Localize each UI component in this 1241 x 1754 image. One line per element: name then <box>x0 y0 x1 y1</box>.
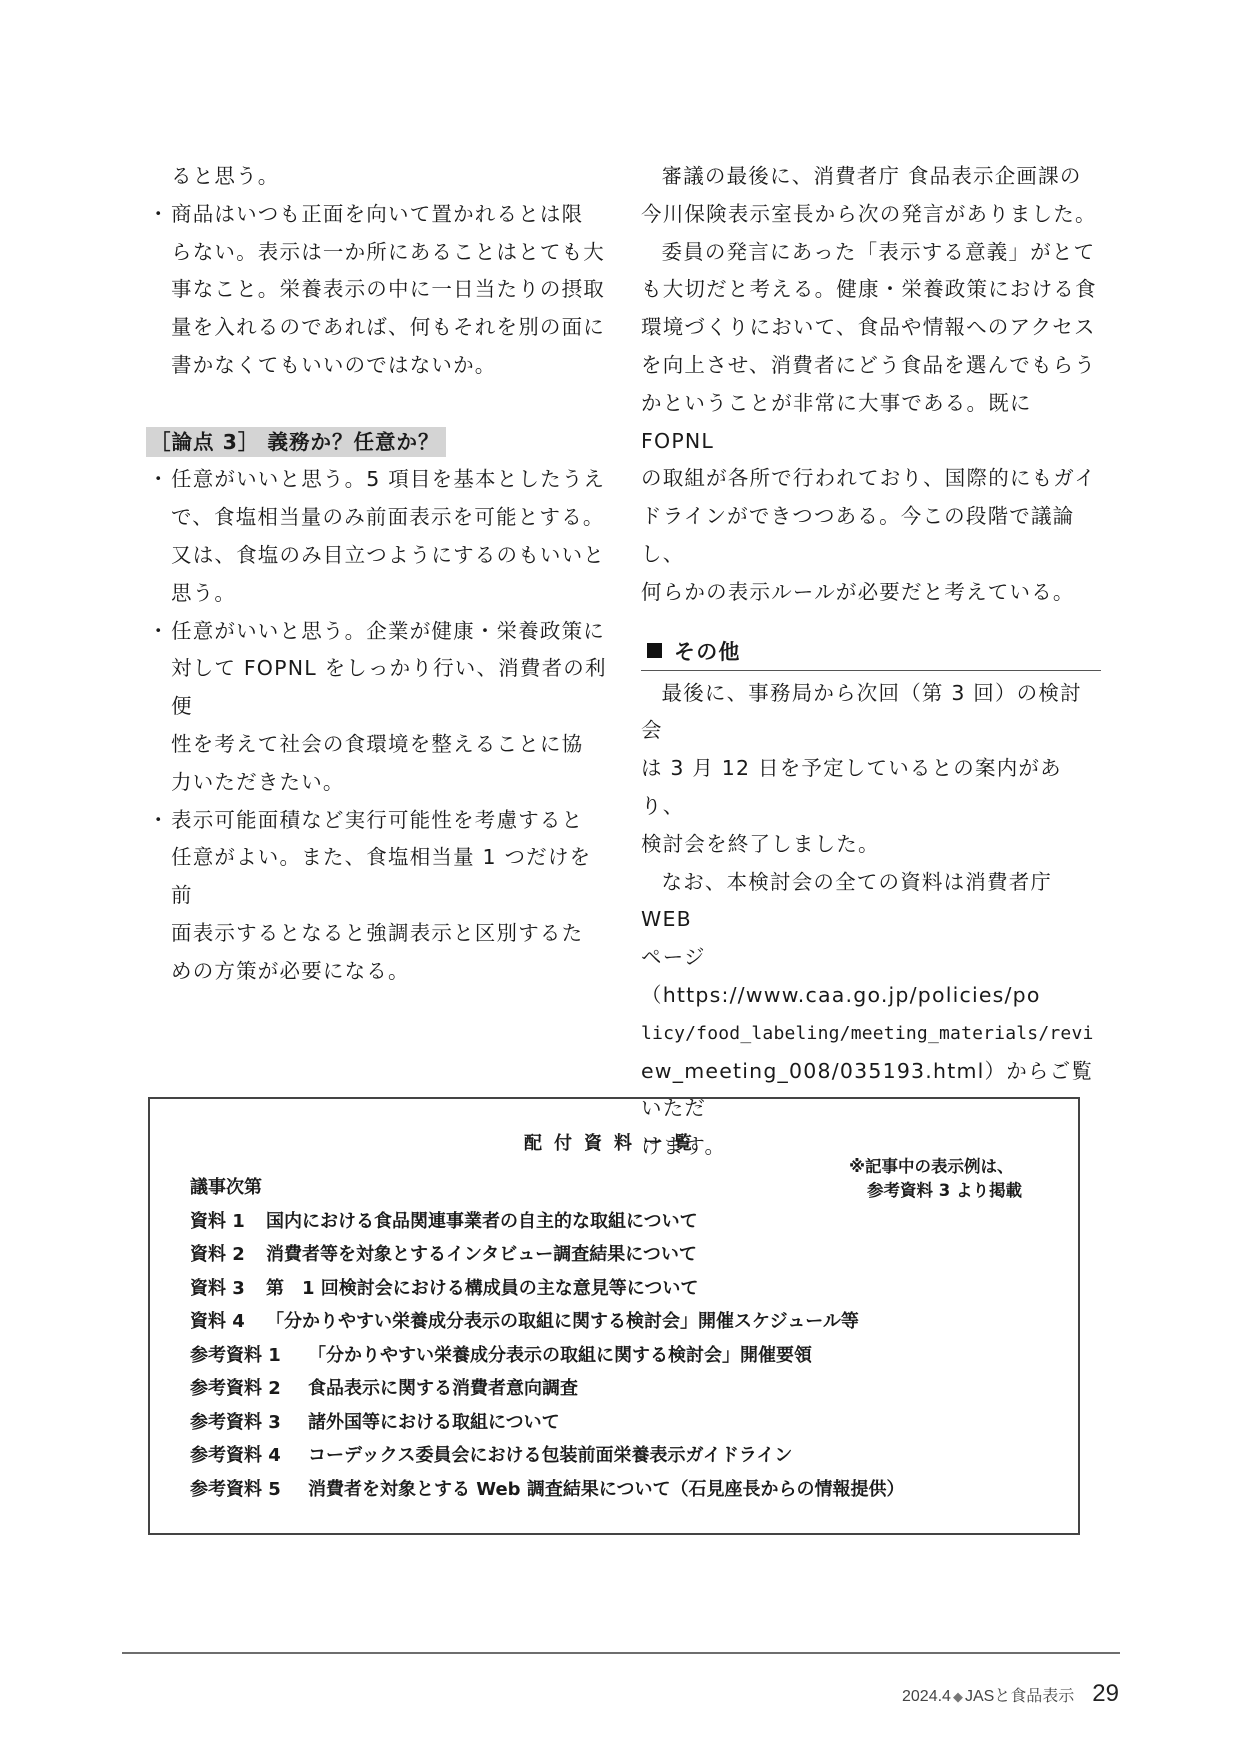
line: で、食塩相当量のみ前面表示を可能とする。 <box>171 499 608 537</box>
line: 事なこと。栄養表示の中に一日当たりの摂取 <box>171 271 608 309</box>
line: 商品はいつも正面を向いて置かれるとは限 <box>171 196 608 234</box>
opinion-bullet-3: ・ 任意がいいと思う。企業が健康・栄養政策に 対して FOPNL をしっかり行い… <box>148 613 608 802</box>
bullet-dot: ・ <box>148 613 170 651</box>
line: 何らかの表示ルールが必要だと考えている。 <box>641 574 1101 612</box>
material-item: 資料 1国内における食品関連事業者の自主的な取組について <box>190 1205 904 1239</box>
line: の取組が各所で行われており、国際的にもガイ <box>641 460 1101 498</box>
opinion-bullet-1: ・ 商品はいつも正面を向いて置かれるとは限 らない。表示は一か所にあることはとて… <box>148 196 608 385</box>
issue-date: 2024.4 <box>902 1688 951 1706</box>
bullet-dot: ・ <box>148 461 170 499</box>
bullet-dot: ・ <box>148 802 170 840</box>
section-title: その他 <box>674 640 741 664</box>
line: 思う。 <box>171 575 608 613</box>
line: 任意がいいと思う。企業が健康・栄養政策に <box>171 613 608 651</box>
line: 任意がいいと思う。5 項目を基本としたうえ <box>171 461 608 499</box>
distributed-materials-box: 配付資料一覧 ※記事中の表示例は、 参考資料 3 より掲載 議事次第 資料 1国… <box>148 1097 1080 1535</box>
spacer <box>148 385 608 423</box>
continued-text: ると思う。 <box>148 158 608 196</box>
line: は 3 月 12 日を予定しているとの案内があり、 <box>641 750 1101 826</box>
reference-item: 参考資料 4コーデックス委員会における包装前面栄養表示ガイドライン <box>190 1439 904 1473</box>
footer-divider <box>122 1652 1120 1654</box>
line: も大切だと考える。健康・栄養政策における食 <box>641 271 1101 309</box>
reference-item: 参考資料 3諸外国等における取組について <box>190 1406 904 1440</box>
material-item: 資料 3第 1 回検討会における構成員の主な意見等について <box>190 1272 904 1306</box>
line: 委員の発言にあった「表示する意義」がとて <box>641 234 1101 272</box>
line: 性を考えて社会の食環境を整えることに協 <box>171 726 608 764</box>
line: らない。表示は一か所にあることはとても大 <box>171 234 608 272</box>
issue-heading: ［論点 3］ 義務か？任意か？ <box>146 427 446 457</box>
line: なお、本検討会の全ての資料は消費者庁 WEB <box>641 864 1101 940</box>
paragraph-next-meeting: 最後に、事務局から次回（第 3 回）の検討会 は 3 月 12 日を予定している… <box>641 675 1101 864</box>
line: 環境づくりにおいて、食品や情報へのアクセス <box>641 309 1101 347</box>
black-square-icon <box>647 643 662 658</box>
publication-name: JASと食品表示 <box>965 1683 1074 1706</box>
reference-item: 参考資料 1「分かりやすい栄養成分表示の取組に関する検討会」開催要領 <box>190 1339 904 1373</box>
line: ドラインができつつある。今この段階で議論し、 <box>641 498 1101 574</box>
line: 表示可能面積など実行可能性を考慮すると <box>171 802 608 840</box>
line: 今川保険表示室長から次の発言がありました。 <box>641 196 1101 234</box>
paragraph-closing-remarks: 審議の最後に、消費者庁 食品表示企画課の 今川保険表示室長から次の発言がありまし… <box>641 158 1101 234</box>
line: 最後に、事務局から次回（第 3 回）の検討会 <box>641 675 1101 751</box>
line: 対して FOPNL をしっかり行い、消費者の利便 <box>171 650 608 726</box>
left-column: ると思う。 ・ 商品はいつも正面を向いて置かれるとは限 らない。表示は一か所にあ… <box>148 158 608 991</box>
section-heading-other: その他 <box>641 636 1101 671</box>
paragraph-statement: 委員の発言にあった「表示する意義」がとて も大切だと考える。健康・栄養政策におけ… <box>641 234 1101 612</box>
line: 力いただきたい。 <box>171 764 608 802</box>
url-line[interactable]: licy/food_labeling/meeting_materials/rev… <box>641 1015 1101 1053</box>
line: 任意がよい。また、食塩相当量 1 つだけを前 <box>171 839 608 915</box>
opinion-bullet-4: ・ 表示可能面積など実行可能性を考慮すると 任意がよい。また、食塩相当量 1 つ… <box>148 802 608 991</box>
line: 審議の最後に、消費者庁 食品表示企画課の <box>641 158 1101 196</box>
line: かということが非常に大事である。既に FOPNL <box>641 385 1101 461</box>
url-line[interactable]: ページ（https://www.caa.go.jp/policies/po <box>641 939 1101 1015</box>
line: 書かなくてもいいのではないか。 <box>171 347 608 385</box>
bullet-dot: ・ <box>148 196 170 234</box>
diamond-icon: ◆ <box>953 1689 963 1705</box>
materials-list: 議事次第 資料 1国内における食品関連事業者の自主的な取組について 資料 2消費… <box>190 1171 904 1506</box>
line: 検討会を終了しました。 <box>641 826 1101 864</box>
right-column: 審議の最後に、消費者庁 食品表示企画課の 今川保険表示室長から次の発言がありまし… <box>641 158 1101 1166</box>
line: 面表示するとなると強調表示と区別するた <box>171 915 608 953</box>
line: 又は、食塩のみ目立つようにするのもいいと <box>171 537 608 575</box>
line: 量を入れるのであれば、何もそれを別の面に <box>171 309 608 347</box>
line: めの方策が必要になる。 <box>171 953 608 991</box>
material-item: 資料 2消費者等を対象とするインタビュー調査結果について <box>190 1238 904 1272</box>
material-item: 資料 4「分かりやすい栄養成分表示の取組に関する検討会」開催スケジュール等 <box>190 1305 904 1339</box>
reference-item: 参考資料 2食品表示に関する消費者意向調査 <box>190 1372 904 1406</box>
line: を向上させ、消費者にどう食品を選んでもらう <box>641 347 1101 385</box>
box-title: 配付資料一覧 <box>150 1129 1078 1155</box>
reference-item: 参考資料 5消費者を対象とする Web 調査結果について（石見座長からの情報提供… <box>190 1473 904 1507</box>
page-footer: 2024.4 ◆ JASと食品表示 29 <box>902 1680 1119 1708</box>
page-number: 29 <box>1092 1680 1119 1708</box>
agenda-item: 議事次第 <box>190 1171 904 1205</box>
opinion-bullet-2: ・ 任意がいいと思う。5 項目を基本としたうえ で、食塩相当量のみ前面表示を可能… <box>148 461 608 612</box>
